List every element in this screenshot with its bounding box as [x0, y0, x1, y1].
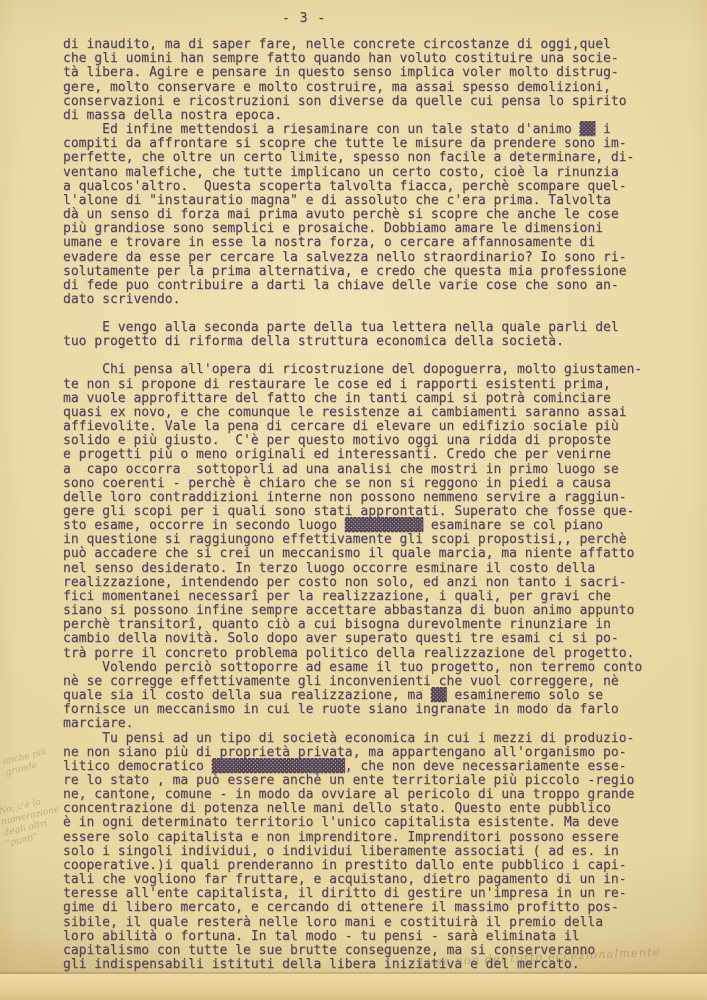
typewritten-letter-page: - 3 - di inaudito, ma di saper fare, nel…: [0, 0, 707, 1000]
paper-bottom-edge: [0, 974, 707, 1000]
handwritten-margin-note: No: c'è la numerazione degli altri "punt…: [0, 794, 65, 850]
page-number: - 3 -: [63, 12, 648, 26]
paragraph-volendo: Volendo perciò sottoporre ad esame il tu…: [63, 661, 648, 732]
paragraph-e-vengo: E vengo alla seconda parte della tua let…: [63, 321, 648, 349]
paragraph-continuation: di inaudito, ma di saper fare, nelle con…: [63, 38, 648, 123]
handwritten-margin-note: anche più grande: [2, 747, 51, 779]
paragraph-ed-infine: Ed infine mettendosi a riesaminare con u…: [63, 123, 648, 307]
paragraph-tu-pensi: Tu pensi ad un tipo di società economica…: [63, 732, 648, 973]
text-column: - 3 - di inaudito, ma di saper fare, nel…: [63, 12, 648, 972]
paragraph-chi-pensa: Chi pensa all'opera di ricostruzione del…: [63, 363, 648, 660]
